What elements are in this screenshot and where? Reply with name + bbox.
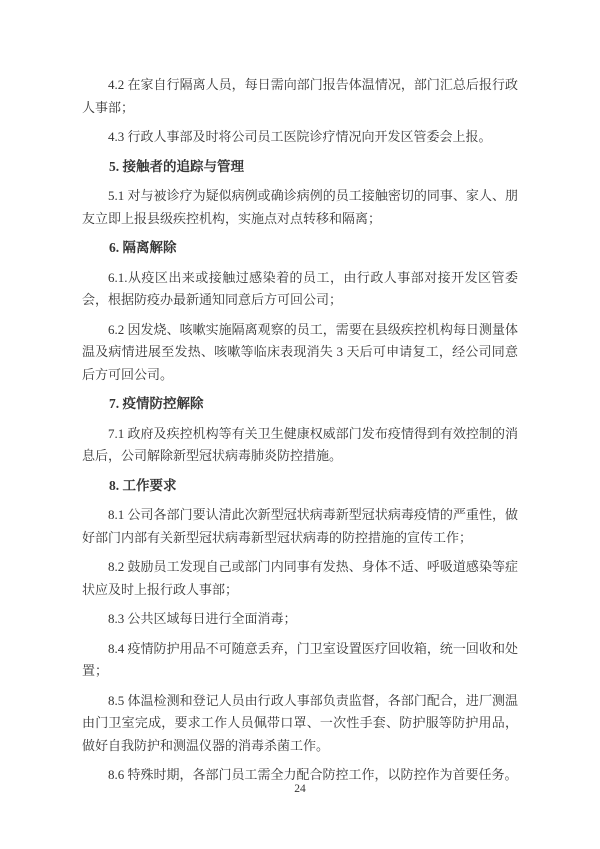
- paragraph: 8.4 疫情防护用品不可随意丢弃，门卫室设置医疗回收箱，统一回收和处置；: [82, 638, 518, 683]
- page-number: 24: [0, 783, 600, 795]
- document-page: 4.2 在家自行隔离人员，每日需向部门报告体温情况，部门汇总后报行政人事部；4.…: [0, 0, 600, 849]
- paragraph: 8.5 体温检测和登记人员由行政人事部负责监督，各部门配合，进厂测温由门卫室完成…: [82, 690, 518, 758]
- paragraph: 4.2 在家自行隔离人员，每日需向部门报告体温情况，部门汇总后报行政人事部；: [82, 74, 518, 119]
- paragraph: 6.2 因发烧、咳嗽实施隔离观察的员工，需要在县级疾控机构每日测量体温及病情进展…: [82, 319, 518, 387]
- section-heading: 8. 工作要求: [82, 475, 518, 498]
- paragraph: 4.3 行政人事部及时将公司员工医院诊疗情况向开发区管委会上报。: [82, 126, 518, 149]
- paragraph: 5.1 对与被诊疗为疑似病例或确诊病例的员工接触密切的同事、家人、朋友立即上报县…: [82, 185, 518, 230]
- paragraph: 8.3 公共区域每日进行全面消毒；: [82, 608, 518, 631]
- paragraph: 7.1 政府及疾控机构等有关卫生健康权威部门发布疫情得到有效控制的消息后，公司解…: [82, 423, 518, 468]
- paragraph: 6.1.从疫区出来或接触过感染着的员工，由行政人事部对接开发区管委会，根据防疫办…: [82, 267, 518, 312]
- section-heading: 5. 接触者的追踪与管理: [82, 156, 518, 179]
- document-body: 4.2 在家自行隔离人员，每日需向部门报告体温情况，部门汇总后报行政人事部；4.…: [82, 74, 518, 794]
- section-heading: 7. 疫情防控解除: [82, 393, 518, 416]
- paragraph: 8.2 鼓励员工发现自己或部门内同事有发热、身体不适、呼吸道感染等症状应及时上报…: [82, 556, 518, 601]
- section-heading: 6. 隔离解除: [82, 237, 518, 260]
- paragraph: 8.1 公司各部门要认清此次新型冠状病毒新型冠状病毒疫情的严重性，做好部门内部有…: [82, 504, 518, 549]
